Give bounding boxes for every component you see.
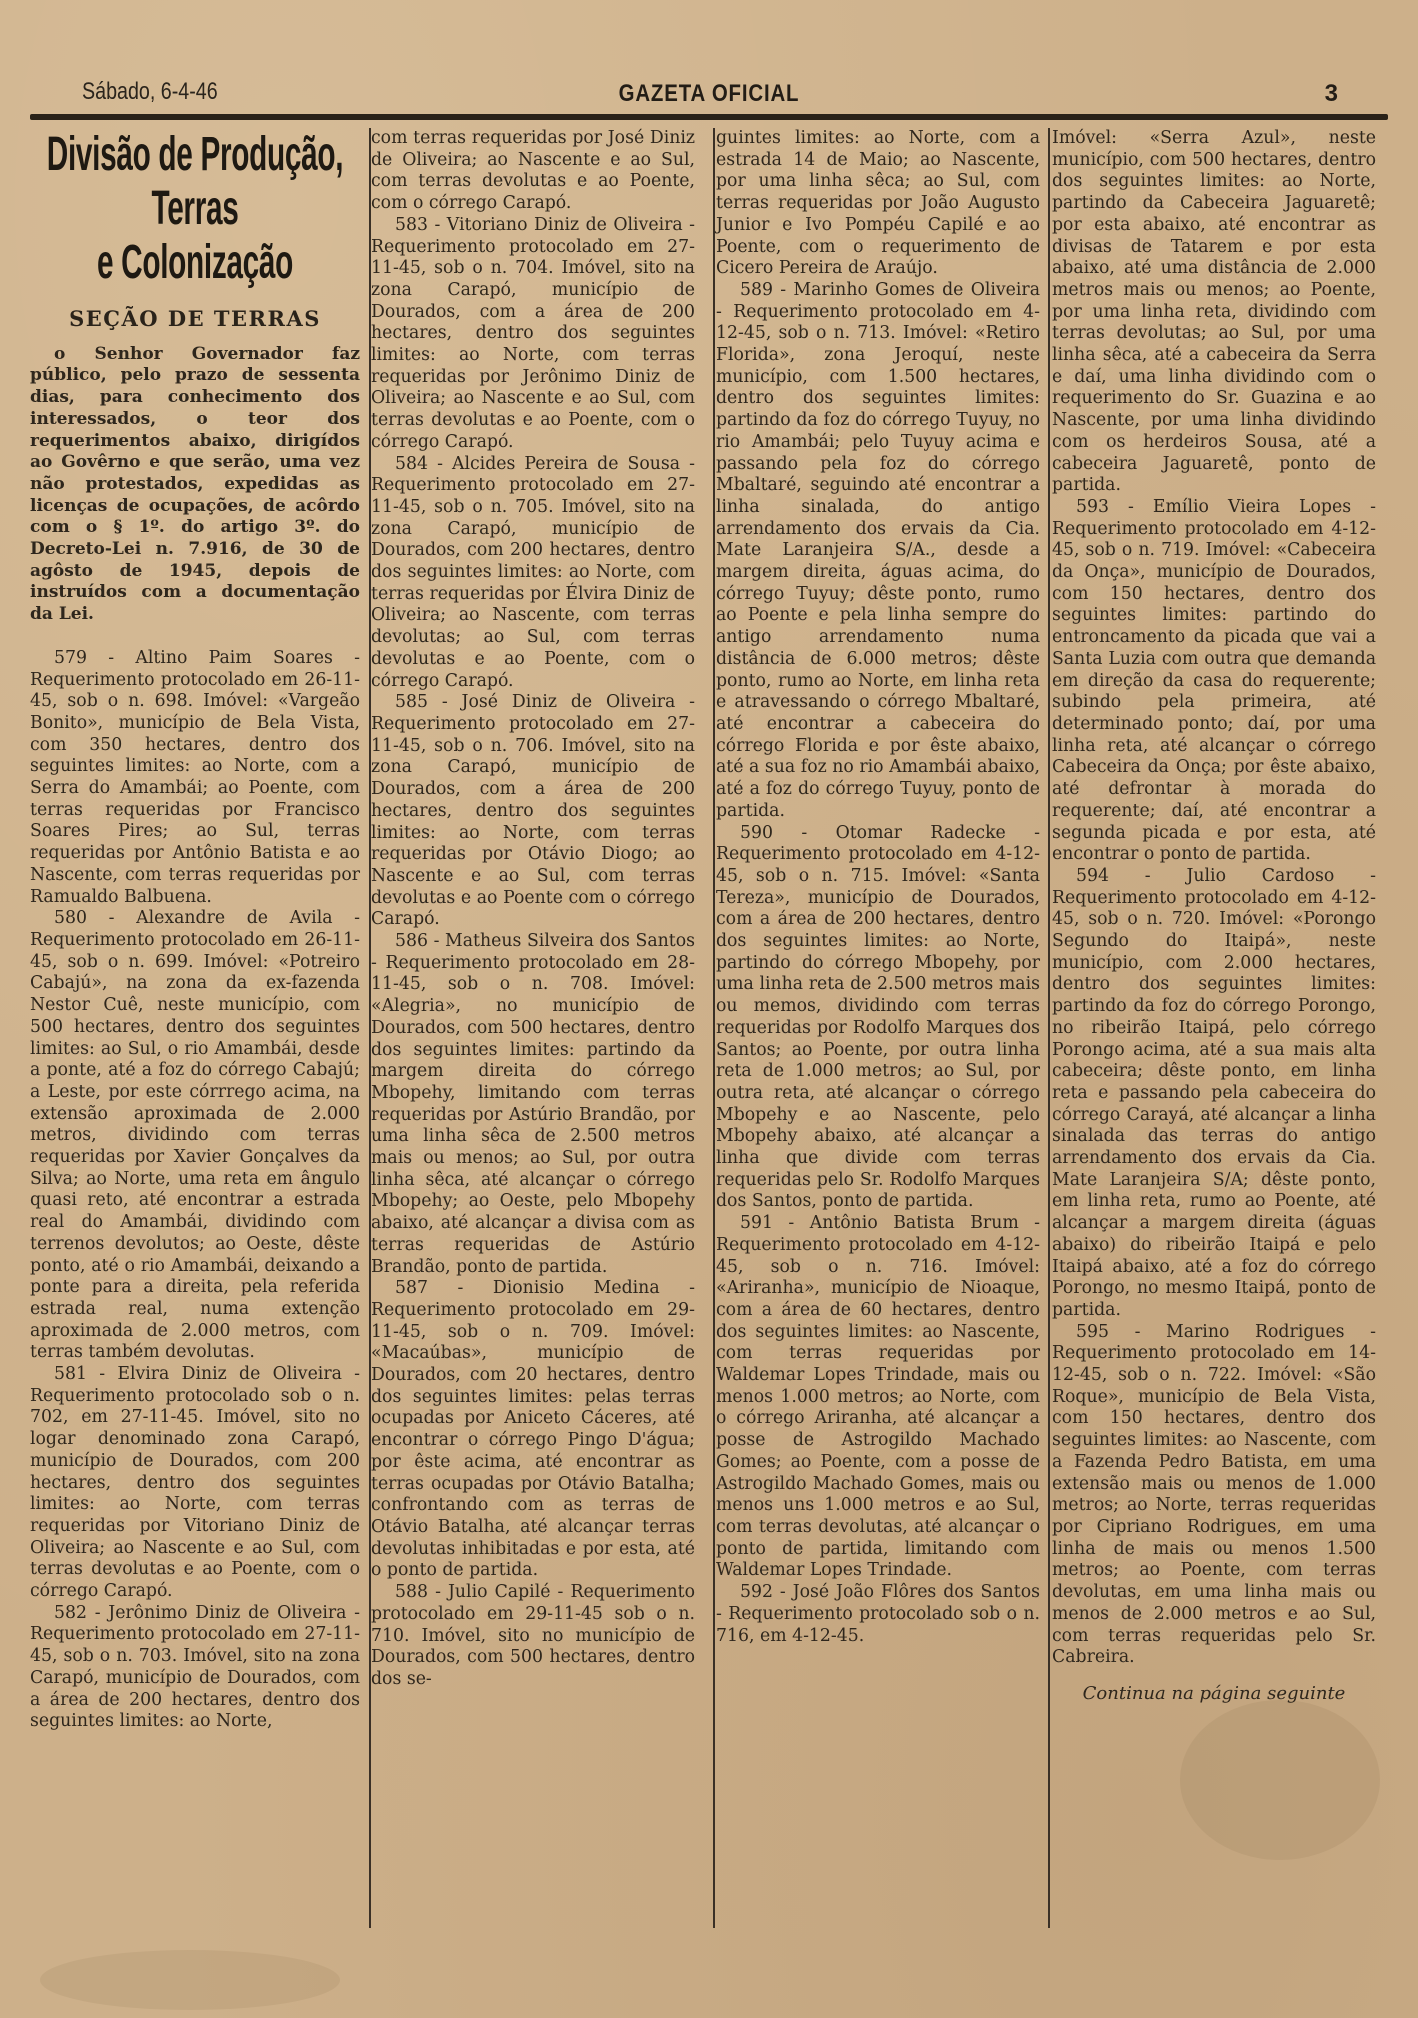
land-request-entry: 591 - Antônio Batista Brum - Requeriment…	[716, 1213, 1040, 1582]
continued-on-next-page: Continua na página seguinte	[1052, 1683, 1376, 1705]
column-1: Divisão de Produção, Terras e Colonizaçã…	[30, 128, 360, 1733]
land-request-entry: 583 - Vitoriano Diniz de Oliveira - Requ…	[371, 215, 695, 454]
land-request-entry: 582 - Jerônimo Diniz de Oliveira - Reque…	[30, 1603, 360, 1733]
land-request-entry: 595 - Marino Rodrigues - Requerimento pr…	[1052, 1322, 1376, 1669]
land-request-entry: 590 - Otomar Radecke - Requerimento prot…	[716, 823, 1040, 1214]
continuation-text: Imóvel: «Serra Azul», neste município, c…	[1052, 128, 1376, 497]
land-request-entry: 579 - Altino Paim Soares - Requerimento …	[30, 648, 360, 908]
land-request-entry: 585 - José Diniz de Oliveira - Requerime…	[371, 692, 695, 931]
masthead: Sábado, 6-4-46 GAZETA OFICIAL 3	[30, 78, 1388, 118]
land-request-entry: 580 - Alexandre de Avila - Requerimento …	[30, 908, 360, 1364]
publication-title: GAZETA OFICIAL	[132, 80, 1286, 108]
land-request-entry: 584 - Alcides Pereira de Sousa - Requeri…	[371, 454, 695, 693]
continuation-text: guintes limites: ao Norte, com a estrada…	[716, 128, 1040, 280]
page-number: 3	[1325, 80, 1338, 108]
land-request-entry: 588 - Julio Capilé - Requerimento protoc…	[371, 1582, 695, 1691]
continuation-text: com terras requeridas por José Diniz de …	[371, 128, 695, 215]
masthead-rule	[30, 114, 1388, 120]
section-title: SEÇÃO DE TERRAS	[30, 308, 360, 330]
land-request-entry: 581 - Elvira Diniz de Oliveira - Requeri…	[30, 1364, 360, 1603]
land-request-entry: 589 - Marinho Gomes de Oliveira - Requer…	[716, 280, 1040, 823]
column-4: Imóvel: «Serra Azul», neste município, c…	[1052, 128, 1376, 1705]
land-request-entry: 593 - Emílio Vieira Lopes - Requerimento…	[1052, 497, 1376, 866]
column-3: guintes limites: ao Norte, com a estrada…	[716, 128, 1040, 1647]
column-divider	[1048, 128, 1050, 1928]
paper-stain	[40, 1950, 340, 2010]
headline-line-1: Divisão de Produção, Terras	[31, 128, 360, 236]
column-divider	[713, 128, 715, 1928]
land-request-entry: 586 - Matheus Silveira dos Santos - Requ…	[371, 931, 695, 1278]
headline-line-2: e Colonização	[31, 236, 360, 290]
article-headline: Divisão de Produção, Terras e Colonizaçã…	[31, 128, 360, 290]
column-2: com terras requeridas por José Diniz de …	[371, 128, 695, 1691]
land-request-entry: 594 - Julio Cardoso - Requerimento proto…	[1052, 866, 1376, 1322]
intro-paragraph: o Senhor Governador faz público, pelo pr…	[30, 344, 360, 626]
paper-stain	[1180, 1700, 1380, 1860]
land-request-entry: 592 - José João Flôres dos Santos - Requ…	[716, 1582, 1040, 1647]
article-intro: o Senhor Governador faz público, pelo pr…	[30, 344, 360, 626]
land-request-entry: 587 - Dionisio Medina - Requerimento pro…	[371, 1278, 695, 1582]
